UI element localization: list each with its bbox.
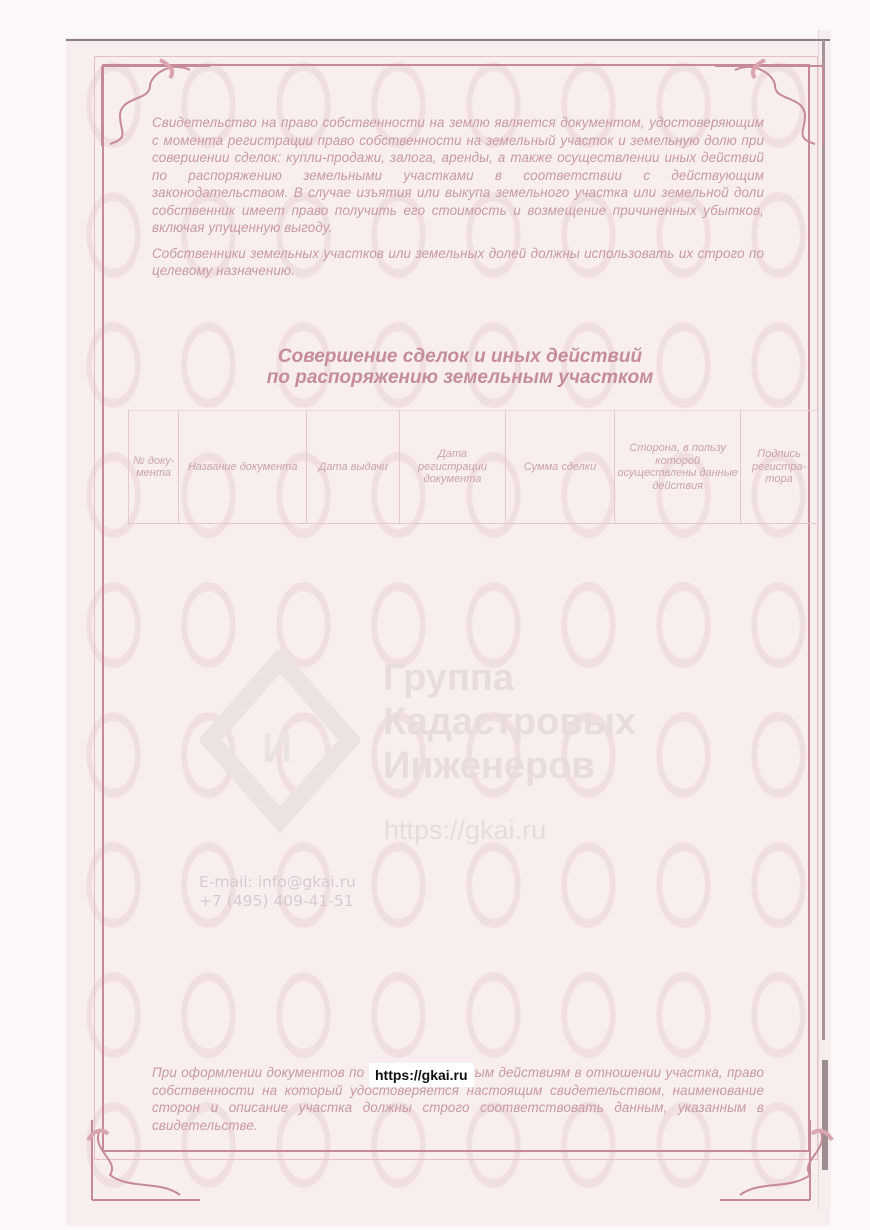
column-header: Название документа: [179, 411, 307, 524]
url-stamp: https://gkai.ru: [369, 1063, 474, 1087]
company-name-line: Группа: [383, 656, 636, 700]
watermark-phone: +7 (495) 409-41-51: [199, 892, 356, 911]
watermark-email: E-mail: info@gkai.ru: [199, 873, 356, 892]
scan-edge-line: [66, 39, 830, 41]
column-header: № доку- мента: [129, 411, 179, 524]
watermark-contact: E-mail: info@gkai.ru +7 (495) 409-41-51: [199, 873, 356, 911]
intro-paragraph: Свидетельство на право собственности на …: [152, 114, 764, 237]
company-name-line: Кадастровых: [383, 700, 636, 744]
section-title-line: по распоряжению земельным участком: [200, 367, 720, 388]
diamond-gki-logo-icon: И: [200, 650, 360, 850]
watermark-company-name: Группа Кадастровых Инженеров: [383, 656, 636, 788]
column-header: Дата выдачи: [307, 411, 400, 524]
intro-text: Свидетельство на право собственности на …: [152, 114, 764, 288]
intro-paragraph: Собственники земельных участков или земе…: [152, 245, 764, 280]
section-title-line: Совершение сделок и иных действий: [200, 346, 720, 367]
deals-table: № доку- мента Название документа Дата вы…: [128, 410, 818, 524]
column-header: Подпись регистра- тора: [741, 411, 818, 524]
binding-stripe: [822, 40, 825, 1040]
table-header-row: № доку- мента Название документа Дата вы…: [129, 411, 818, 524]
column-header: Сумма сделки: [505, 411, 615, 524]
column-header: Дата регистрации документа: [400, 411, 505, 524]
section-title: Совершение сделок и иных действий по рас…: [200, 346, 720, 388]
watermark-url: https://gkai.ru: [384, 815, 546, 846]
svg-text:И: И: [262, 724, 292, 771]
company-name-line: Инженеров: [383, 744, 636, 788]
column-header: Сторона, в пользу которой осуществлены д…: [615, 411, 741, 524]
